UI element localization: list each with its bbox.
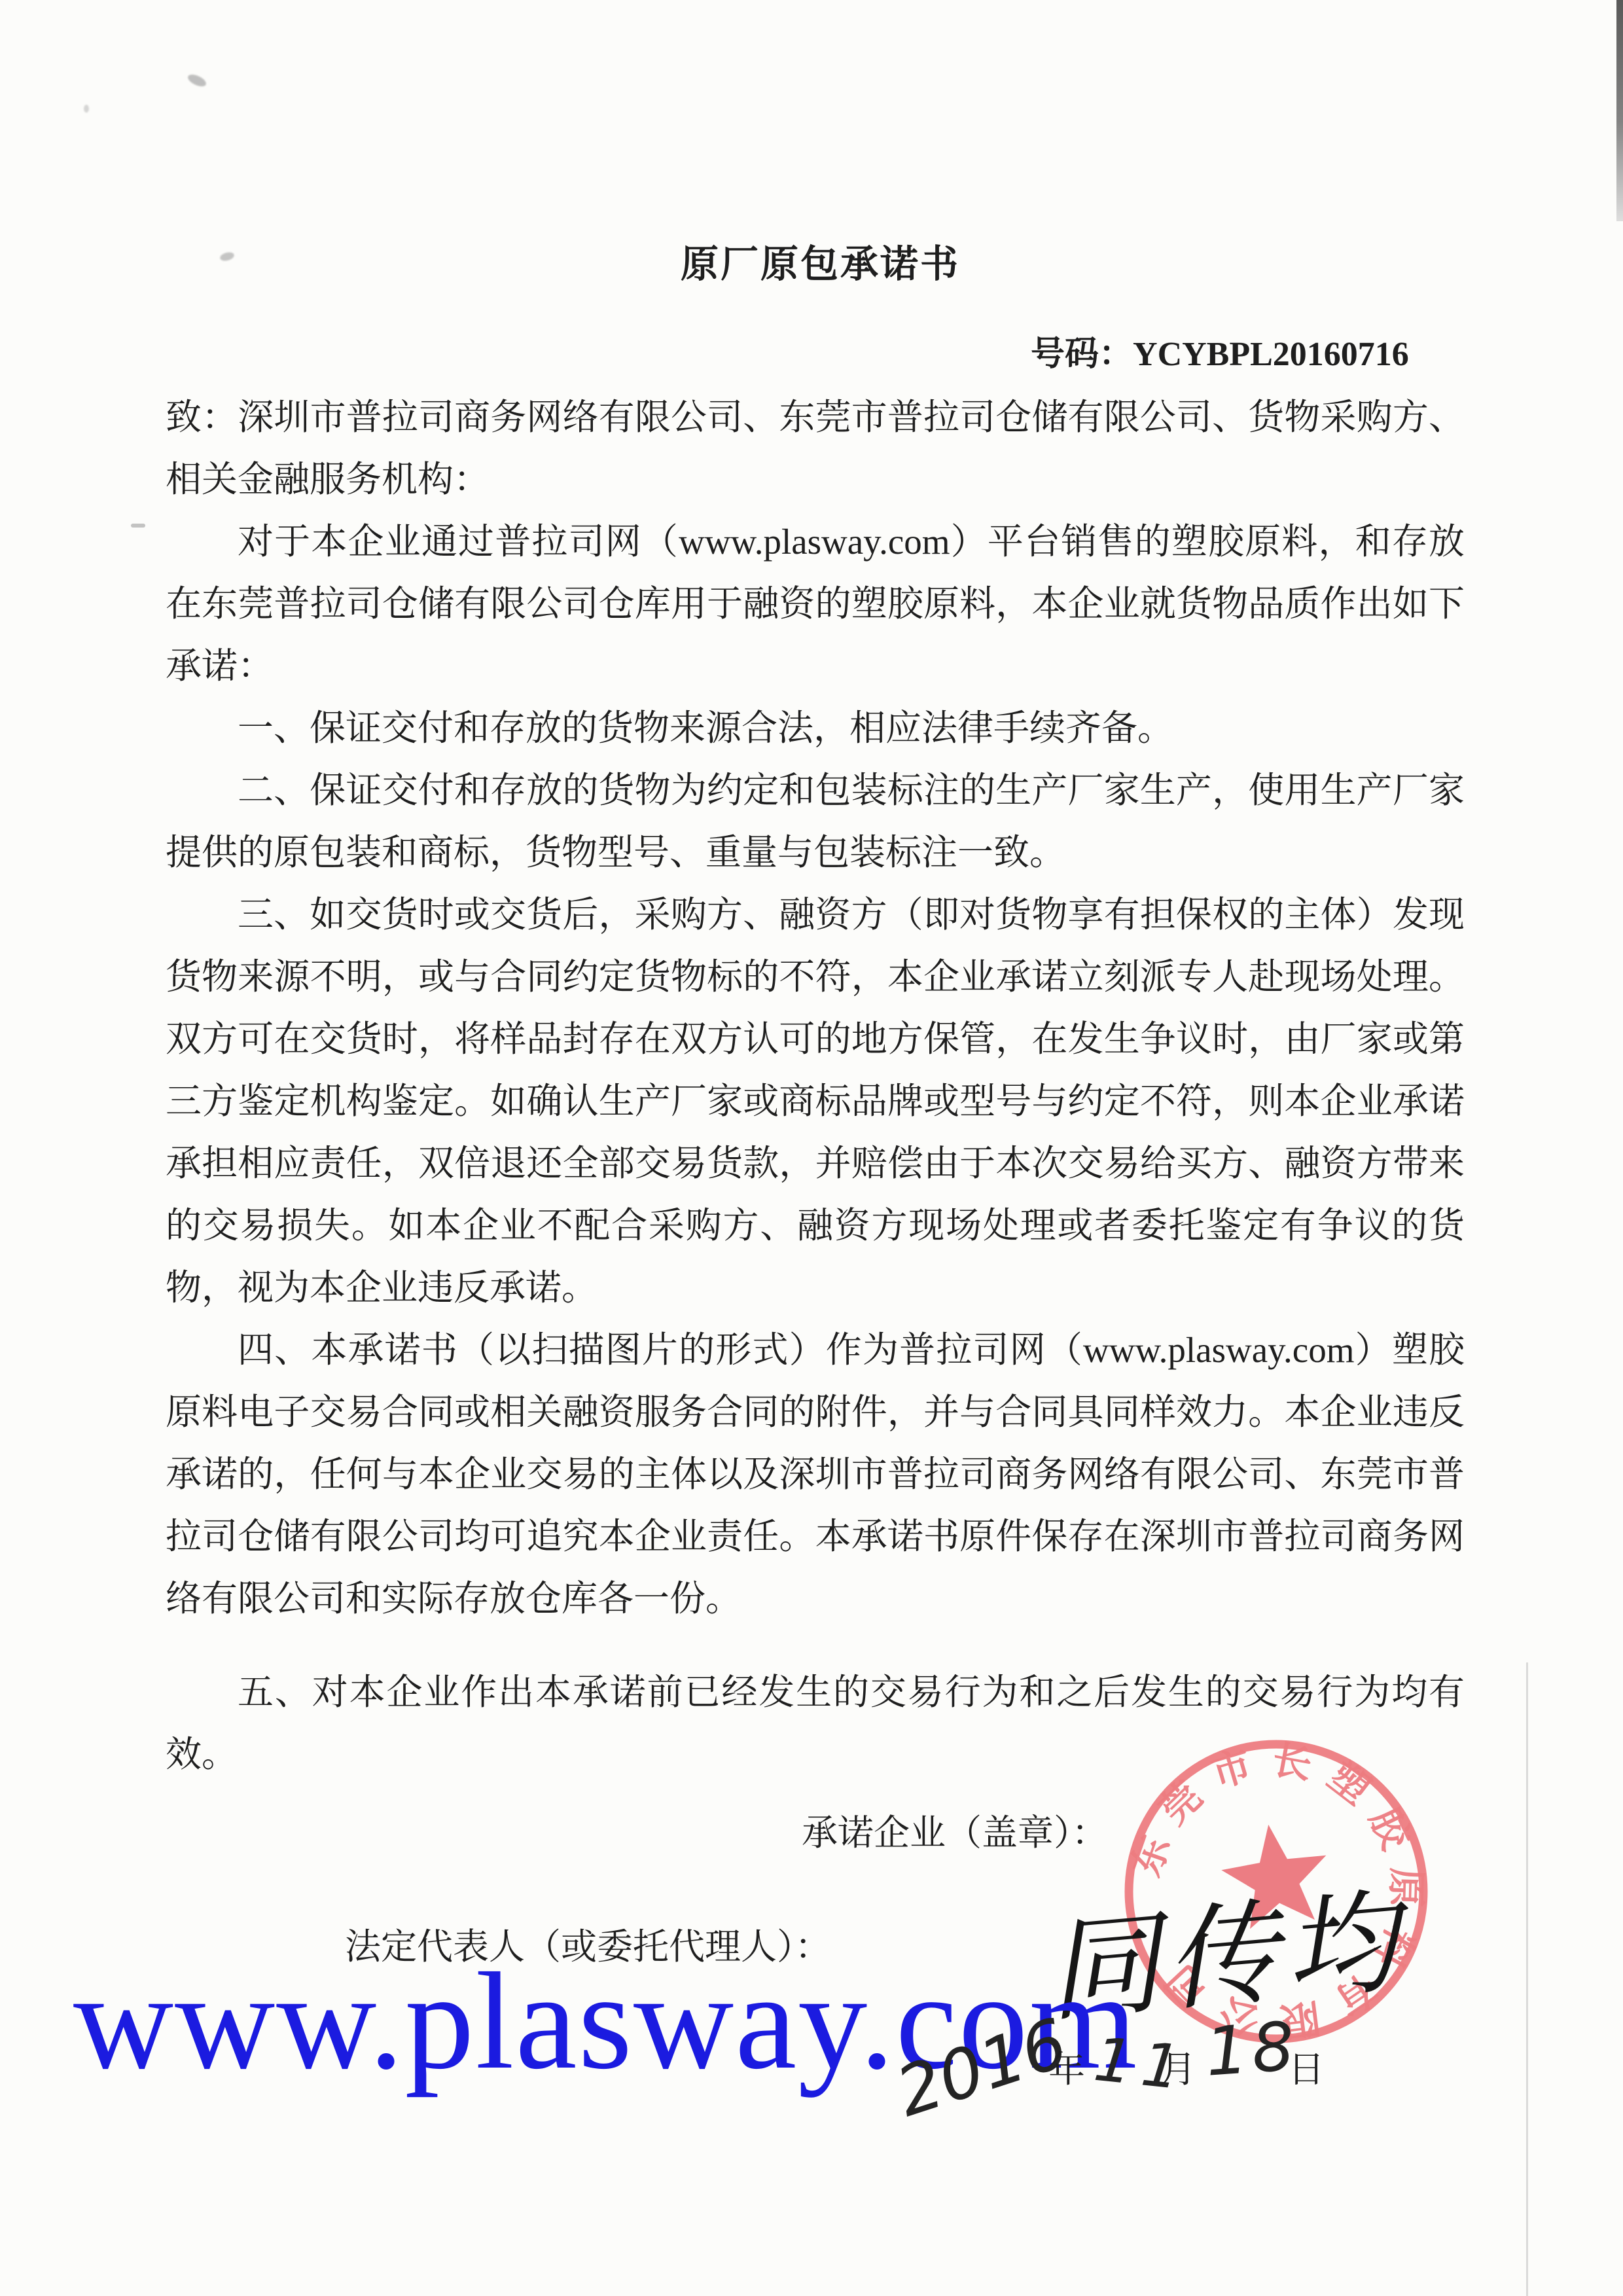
intro-paragraph: 对于本企业通过普拉司网（www.plasway.com）平台销售的塑胶原料，和存… bbox=[166, 511, 1465, 697]
handwritten-day: 18 bbox=[1203, 2007, 1301, 2092]
page-title: 原厂原包承诺书 bbox=[681, 233, 960, 288]
document-number-value: YCYBPL20160716 bbox=[1133, 336, 1409, 373]
clause-2-paragraph: 二、保证交付和存放的货物为约定和包装标注的生产厂家生产，使用生产厂家提供的原包装… bbox=[166, 759, 1465, 884]
company-seal-label: 承诺企业（盖章）： bbox=[802, 1804, 1108, 1856]
clause-3-paragraph: 三、如交货时或交货后，采购方、融资方（即对货物享有担保权的主体）发现货物来源不明… bbox=[166, 884, 1465, 1319]
scanned-document-page: 原厂原包承诺书 号码：YCYBPL20160716 致：深圳市普拉司商务网络有限… bbox=[0, 0, 1623, 2296]
clause-1-paragraph: 一、保证交付和存放的货物来源合法，相应法律手续齐备。 bbox=[166, 697, 1465, 759]
scan-edge-shadow bbox=[1616, 0, 1623, 221]
date-day-unit: 日 bbox=[1288, 2041, 1325, 2093]
scan-dash-mark bbox=[131, 524, 145, 528]
document-body: 致：深圳市普拉司商务网络有限公司、东莞市普拉司仓储有限公司、货物采购方、相关金融… bbox=[166, 386, 1465, 1785]
scan-speck bbox=[219, 251, 235, 262]
document-number-label: 号码： bbox=[1031, 336, 1133, 373]
clause-4-paragraph: 四、本承诺书（以扫描图片的形式）作为普拉司网（www.plasway.com）塑… bbox=[166, 1319, 1465, 1630]
scan-speck bbox=[84, 105, 89, 113]
scan-page-edge-line bbox=[1526, 1662, 1528, 2296]
date-month-unit: 月 bbox=[1160, 2041, 1196, 2093]
document-number: 号码：YCYBPL20160716 bbox=[1031, 326, 1409, 375]
date-year-unit: 年 bbox=[1048, 2041, 1085, 2093]
salutation-paragraph: 致：深圳市普拉司商务网络有限公司、东莞市普拉司仓储有限公司、货物采购方、相关金融… bbox=[166, 386, 1465, 511]
scan-speck bbox=[186, 72, 207, 88]
